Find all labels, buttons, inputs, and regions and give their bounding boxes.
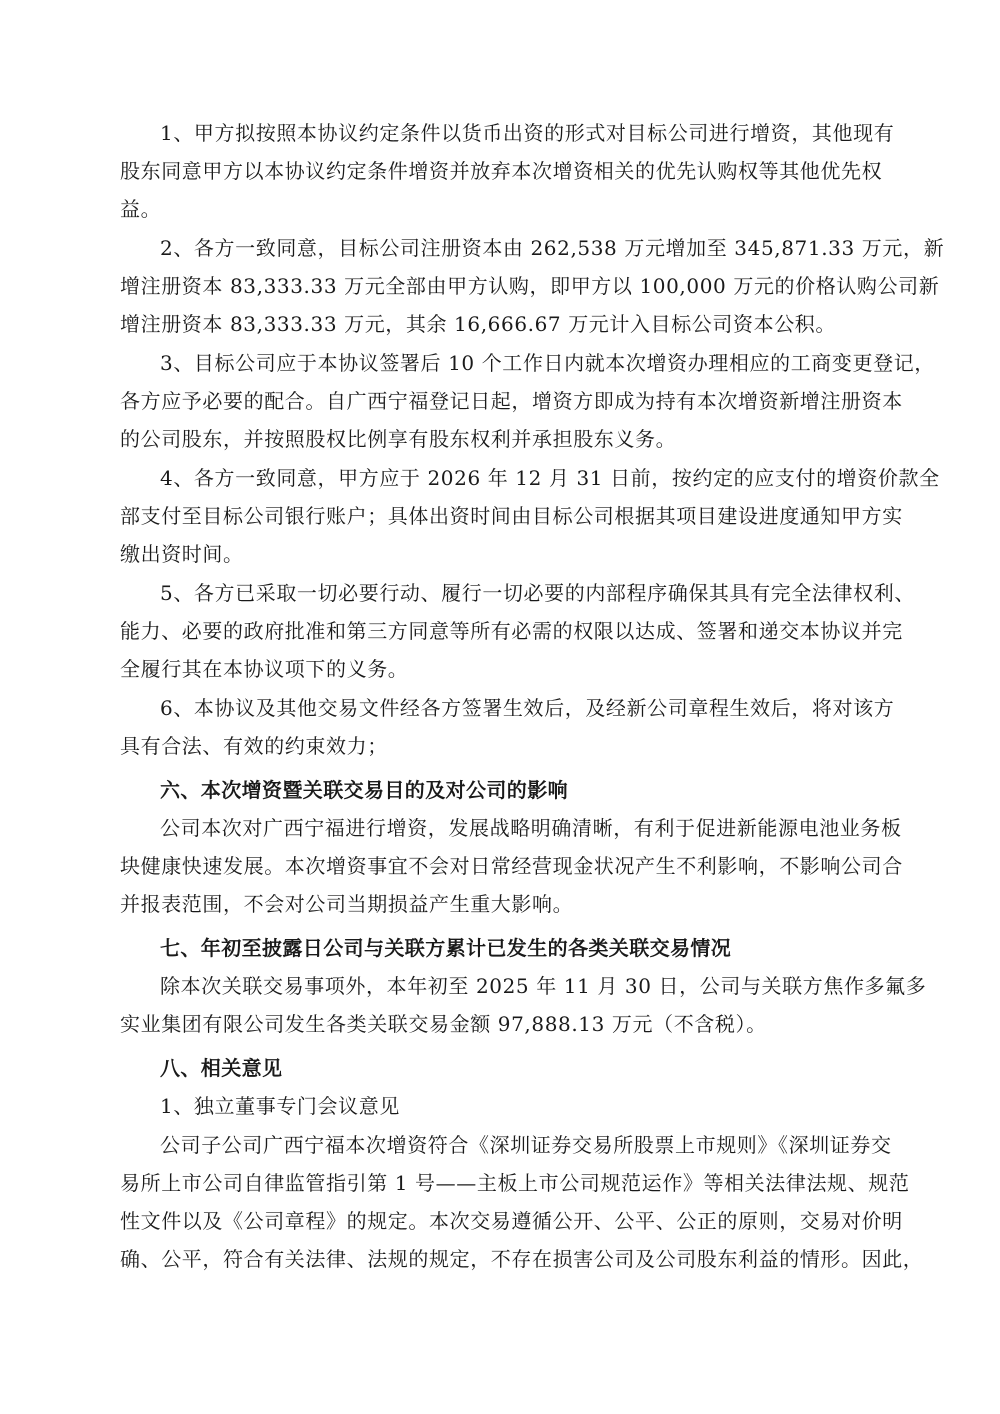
section-7-body: 除本次关联交易事项外，本年初至 2025 年 11 月 30 日，公司与关联方焦… <box>120 967 882 1043</box>
clause-2: 2、各方一致同意，目标公司注册资本由 262,538 万元增加至 345,871… <box>120 229 882 343</box>
subsection-heading-1: 1、独立董事专门会议意见 <box>120 1087 882 1125</box>
text-line: 各方应予必要的配合。自广西宁福登记日起，增资方即成为持有本次增资新增注册资本 <box>80 382 882 420</box>
section-heading-8: 八、相关意见 <box>120 1049 882 1087</box>
text-line: 块健康快速发展。本次增资事宜不会对日常经营现金状况产生不利影响，不影响公司合 <box>80 847 882 885</box>
text-line: 的公司股东，并按照股权比例享有股东权利并承担股东义务。 <box>80 420 882 458</box>
clause-4: 4、各方一致同意，甲方应于 2026 年 12 月 31 日前，按约定的应支付的… <box>120 459 882 573</box>
clause-5: 5、各方已采取一切必要行动、履行一切必要的内部程序确保其具有完全法律权利、 能力… <box>120 574 882 688</box>
text-line: 并报表范围，不会对公司当期损益产生重大影响。 <box>80 885 882 923</box>
text-line: 益。 <box>80 190 882 228</box>
text-line: 除本次关联交易事项外，本年初至 2025 年 11 月 30 日，公司与关联方焦… <box>120 967 882 1005</box>
text-line: 全履行其在本协议项下的义务。 <box>80 650 882 688</box>
clause-1: 1、甲方拟按照本协议约定条件以货币出资的形式对目标公司进行增资，其他现有 股东同… <box>120 114 882 228</box>
text-line: 易所上市公司自律监管指引第 1 号——主板上市公司规范运作》等相关法律法规、规范 <box>80 1164 882 1202</box>
text-line: 缴出资时间。 <box>80 535 882 573</box>
heading-text: 六、本次增资暨关联交易目的及对公司的影响 <box>120 771 882 809</box>
section-heading-7: 七、年初至披露日公司与关联方累计已发生的各类关联交易情况 <box>120 929 882 967</box>
section-heading-6: 六、本次增资暨关联交易目的及对公司的影响 <box>120 771 882 809</box>
text-line: 增注册资本 83,333.33 万元，其余 16,666.67 万元计入目标公司… <box>80 305 882 343</box>
document-page: 1、甲方拟按照本协议约定条件以货币出资的形式对目标公司进行增资，其他现有 股东同… <box>120 114 882 1279</box>
text-line: 4、各方一致同意，甲方应于 2026 年 12 月 31 日前，按约定的应支付的… <box>120 459 882 497</box>
text-line: 实业集团有限公司发生各类关联交易金额 97,888.13 万元（不含税）。 <box>80 1005 882 1043</box>
clause-6: 6、本协议及其他交易文件经各方签署生效后，及经新公司章程生效后，将对该方 具有合… <box>120 689 882 765</box>
text-line: 公司子公司广西宁福本次增资符合《深圳证券交易所股票上市规则》《深圳证券交 <box>120 1126 882 1164</box>
text-line: 股东同意甲方以本协议约定条件增资并放弃本次增资相关的优先认购权等其他优先权 <box>80 152 882 190</box>
text-line: 性文件以及《公司章程》的规定。本次交易遵循公开、公平、公正的原则，交易对价明 <box>80 1202 882 1240</box>
text-line: 能力、必要的政府批准和第三方同意等所有必需的权限以达成、签署和递交本协议并完 <box>80 612 882 650</box>
text-line: 1、独立董事专门会议意见 <box>120 1087 882 1125</box>
text-line: 部支付至目标公司银行账户；具体出资时间由目标公司根据其项目建设进度通知甲方实 <box>80 497 882 535</box>
text-line: 增注册资本 83,333.33 万元全部由甲方认购，即甲方以 100,000 万… <box>80 267 882 305</box>
text-line: 3、目标公司应于本协议签署后 10 个工作日内就本次增资办理相应的工商变更登记， <box>120 344 882 382</box>
text-line: 5、各方已采取一切必要行动、履行一切必要的内部程序确保其具有完全法律权利、 <box>120 574 882 612</box>
text-line: 1、甲方拟按照本协议约定条件以货币出资的形式对目标公司进行增资，其他现有 <box>120 114 882 152</box>
section-6-body: 公司本次对广西宁福进行增资，发展战略明确清晰，有利于促进新能源电池业务板 块健康… <box>120 809 882 923</box>
text-line: 确、公平，符合有关法律、法规的规定，不存在损害公司及公司股东利益的情形。因此， <box>80 1240 882 1278</box>
clause-3: 3、目标公司应于本协议签署后 10 个工作日内就本次增资办理相应的工商变更登记，… <box>120 344 882 458</box>
section-8-body: 公司子公司广西宁福本次增资符合《深圳证券交易所股票上市规则》《深圳证券交 易所上… <box>120 1126 882 1278</box>
text-line: 公司本次对广西宁福进行增资，发展战略明确清晰，有利于促进新能源电池业务板 <box>120 809 882 847</box>
heading-text: 八、相关意见 <box>120 1049 882 1087</box>
text-line: 6、本协议及其他交易文件经各方签署生效后，及经新公司章程生效后，将对该方 <box>120 689 882 727</box>
text-line: 2、各方一致同意，目标公司注册资本由 262,538 万元增加至 345,871… <box>120 229 882 267</box>
heading-text: 七、年初至披露日公司与关联方累计已发生的各类关联交易情况 <box>120 929 882 967</box>
text-line: 具有合法、有效的约束效力； <box>80 727 882 765</box>
